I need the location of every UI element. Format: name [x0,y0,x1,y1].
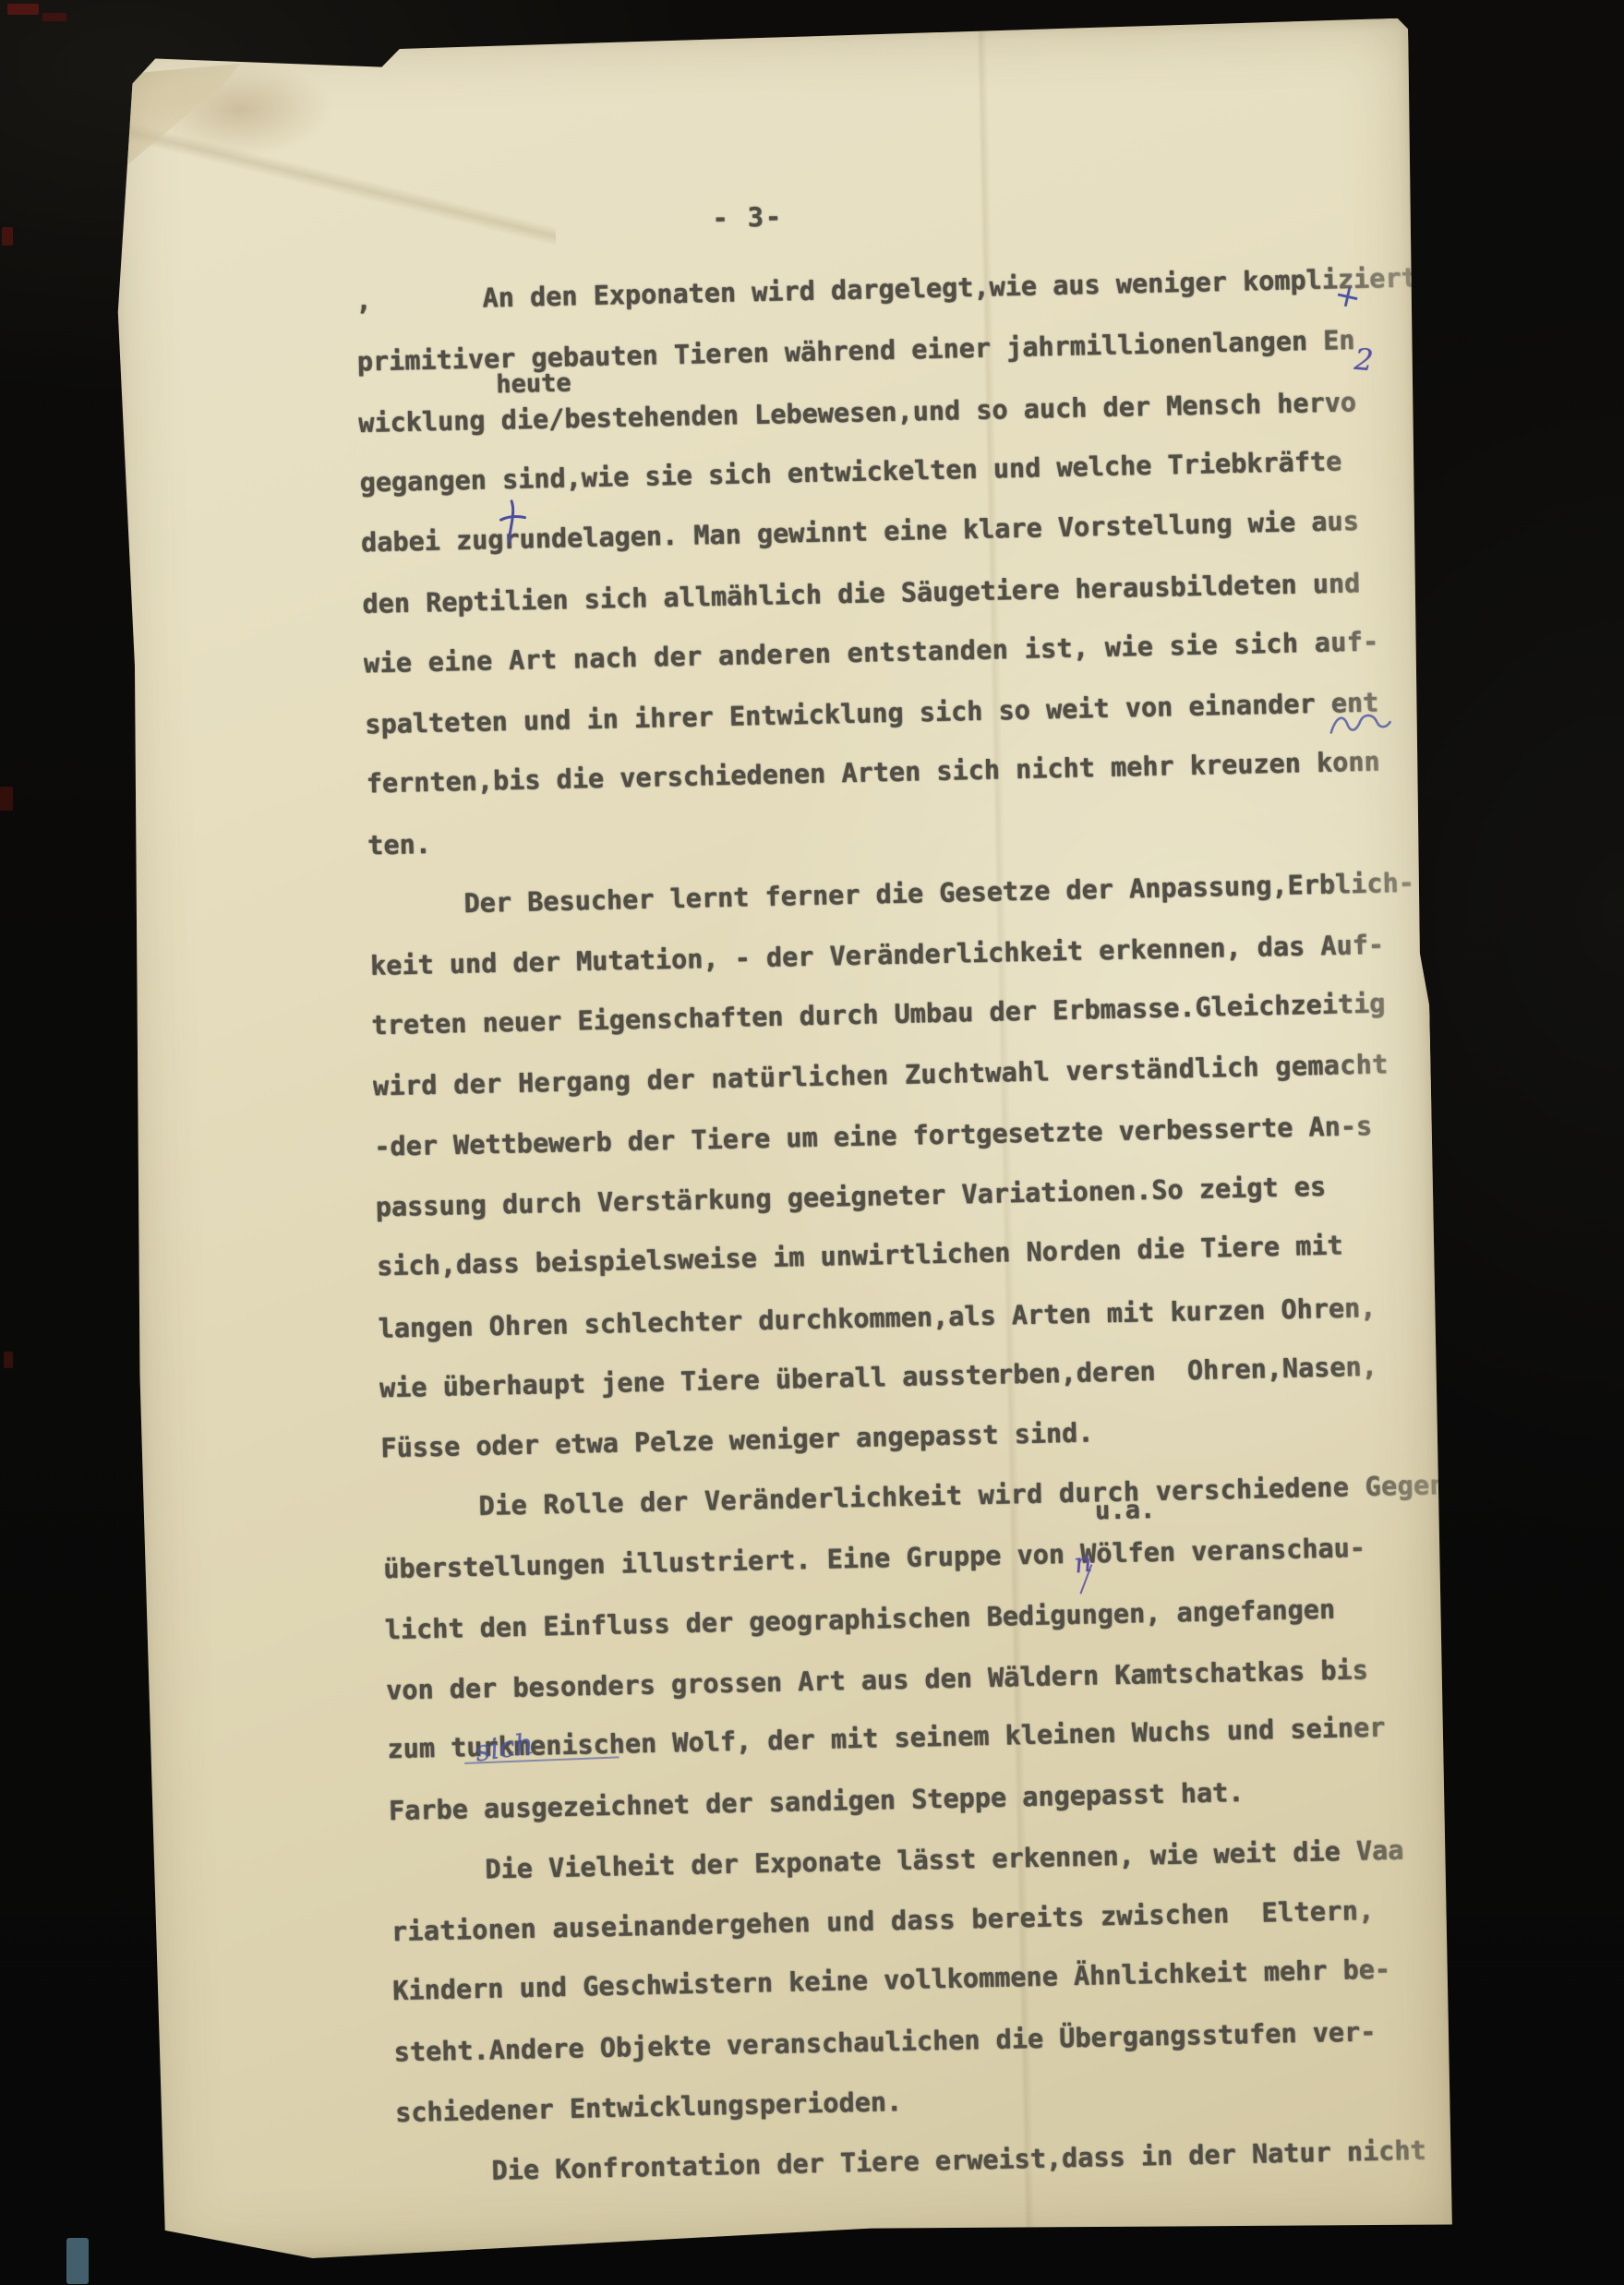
film-mark-red [42,13,66,21]
film-mark-teal [66,2238,89,2284]
handwritten-ink-stroke [497,499,529,551]
handwritten-figure-two: 2 [1353,342,1374,379]
paper-fold-corner [111,63,258,171]
photo-background: - 3- , An den Exponaten wird dargelegt,w… [0,0,1624,2285]
typed-insert-ua: u.a. [1095,1496,1156,1525]
page-number: - 3- [712,201,783,234]
document-page: - 3- , An den Exponaten wird dargelegt,w… [108,18,1456,2262]
typed-insert-heute: heute [496,368,571,399]
film-mark-red [2,227,13,246]
film-mark-red [4,1352,13,1368]
handwritten-squiggle [1325,704,1392,744]
typewritten-text: - 3- , An den Exponaten wird dargelegt,w… [355,248,1486,2204]
film-mark-red [0,787,13,811]
film-mark-red [7,4,39,15]
